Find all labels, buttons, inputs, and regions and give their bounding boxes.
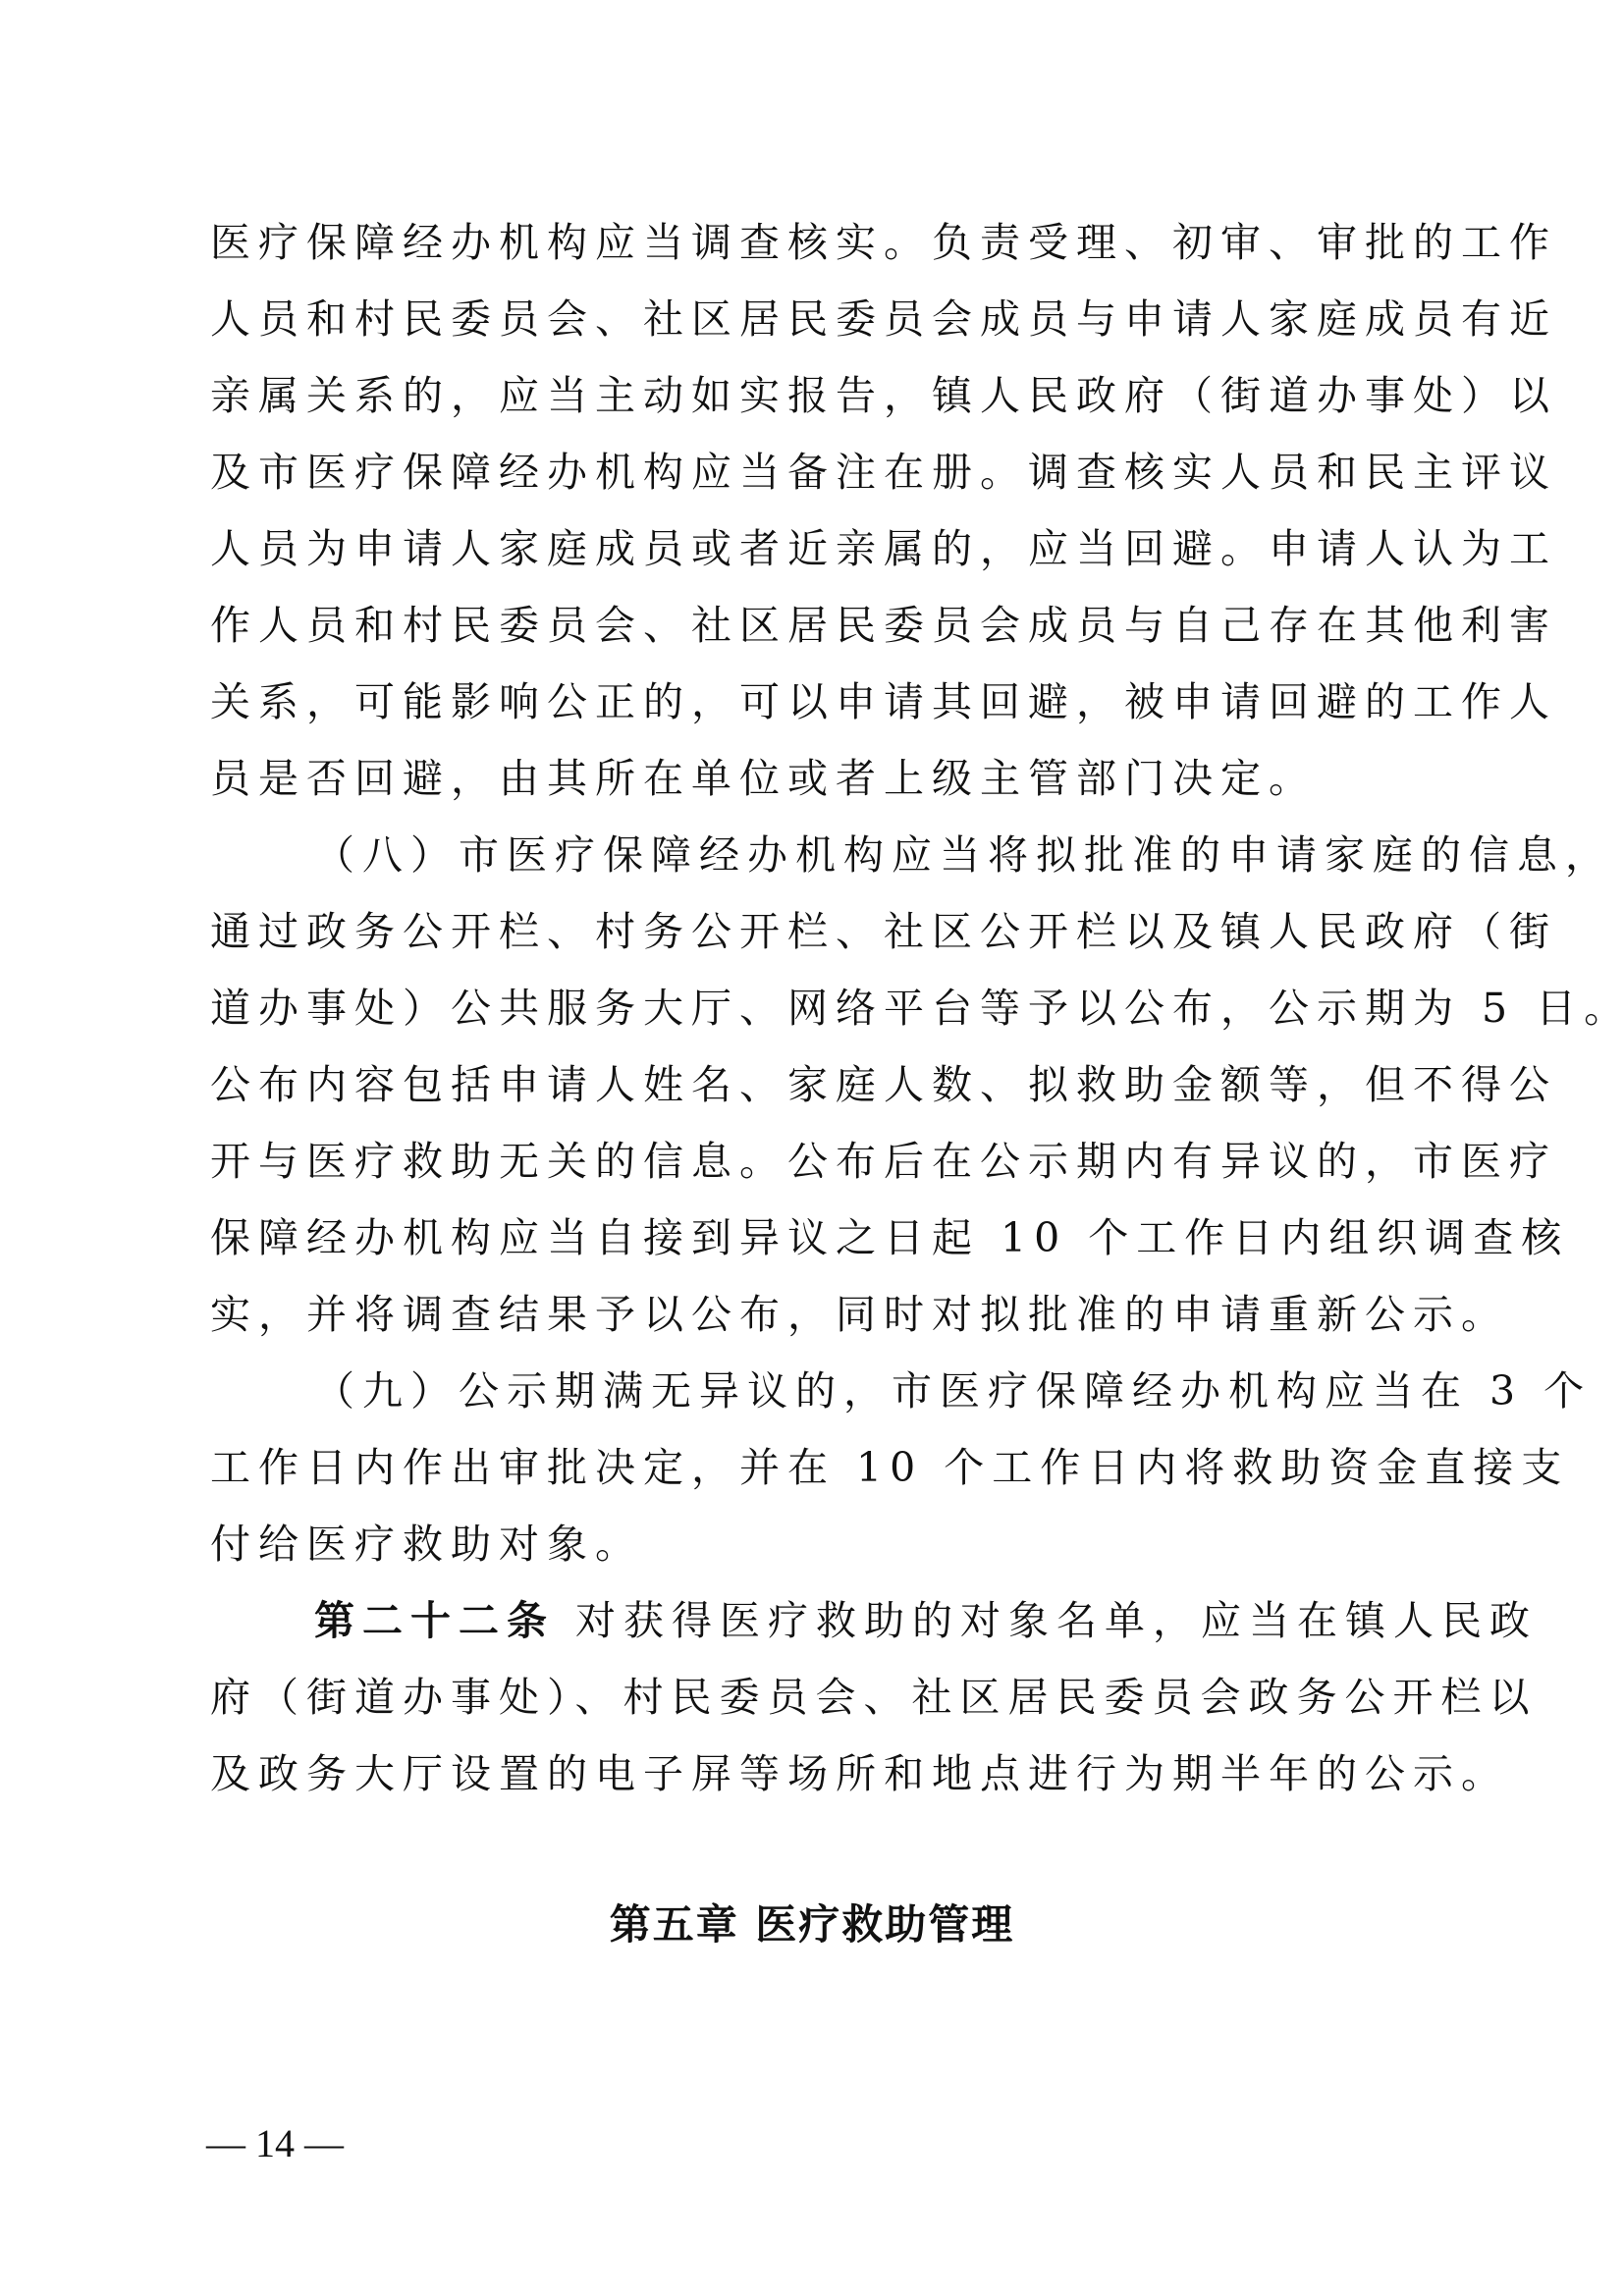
page-number: — 14 — [206, 2120, 344, 2166]
text-line: 及政务大厅设置的电子屏等场所和地点进行为期半年的公示。 [210, 1735, 1416, 1812]
text-line: （九）公示期满无异议的，市医疗保障经办机构应当在 3 个 [210, 1353, 1416, 1429]
text-line: 通过政务公开栏、村务公开栏、社区公开栏以及镇人民政府（街 [210, 893, 1416, 970]
text-line: 府（街道办事处）、村民委员会、社区居民委员会政务公开栏以 [210, 1659, 1416, 1735]
text-line: 及市医疗保障经办机构应当备注在册。调查核实人员和民主评议 [210, 434, 1416, 510]
text-line: （八）市医疗保障经办机构应当将拟批准的申请家庭的信息， [210, 817, 1416, 893]
text-line: 实，并将调查结果予以公布，同时对拟批准的申请重新公示。 [210, 1276, 1416, 1353]
text-line: 公布内容包括申请人姓名、家庭人数、拟救助金额等，但不得公 [210, 1046, 1416, 1123]
text-line: 第二十二条 对获得医疗救助的对象名单，应当在镇人民政 [210, 1582, 1416, 1659]
text-line: 人员为申请人家庭成员或者近亲属的，应当回避。申请人认为工 [210, 510, 1416, 587]
document-page: 医疗保障经办机构应当调查核实。负责受理、初审、审批的工作 人员和村民委员会、社区… [0, 0, 1624, 2296]
body-text: 医疗保障经办机构应当调查核实。负责受理、初审、审批的工作 人员和村民委员会、社区… [210, 204, 1416, 1812]
text-line: 作人员和村民委员会、社区居民委员会成员与自己存在其他利害 [210, 587, 1416, 664]
text-line: 工作日内作出审批决定，并在 10 个工作日内将救助资金直接支 [210, 1429, 1416, 1506]
text-line: 开与医疗救助无关的信息。公布后在公示期内有异议的，市医疗 [210, 1123, 1416, 1200]
paragraph-item-9: （九）公示期满无异议的，市医疗保障经办机构应当在 3 个 工作日内作出审批决定，… [210, 1353, 1416, 1582]
article-text: 对获得医疗救助的对象名单，应当在镇人民政 [575, 1597, 1538, 1644]
text-line: 亲属关系的，应当主动如实报告，镇人民政府（街道办事处）以 [210, 357, 1416, 434]
text-line: 保障经办机构应当自接到异议之日起 10 个工作日内组织调查核 [210, 1200, 1416, 1276]
paragraph-recusal: 医疗保障经办机构应当调查核实。负责受理、初审、审批的工作 人员和村民委员会、社区… [210, 204, 1416, 817]
text-line: 医疗保障经办机构应当调查核实。负责受理、初审、审批的工作 [210, 204, 1416, 281]
text-line: 付给医疗救助对象。 [210, 1506, 1416, 1582]
chapter-title: 第五章 医疗救助管理 [0, 1893, 1624, 1951]
text-line: 员是否回避，由其所在单位或者上级主管部门决定。 [210, 740, 1416, 817]
paragraph-article-22: 第二十二条 对获得医疗救助的对象名单，应当在镇人民政 府（街道办事处）、村民委员… [210, 1582, 1416, 1812]
paragraph-item-8: （八）市医疗保障经办机构应当将拟批准的申请家庭的信息， 通过政务公开栏、村务公开… [210, 817, 1416, 1353]
article-label: 第二十二条 [314, 1597, 555, 1644]
text-line: 关系，可能影响公正的，可以申请其回避，被申请回避的工作人 [210, 664, 1416, 740]
text-line: 道办事处）公共服务大厅、网络平台等予以公布，公示期为 5 日。 [210, 970, 1416, 1046]
text-line: 人员和村民委员会、社区居民委员会成员与申请人家庭成员有近 [210, 281, 1416, 357]
